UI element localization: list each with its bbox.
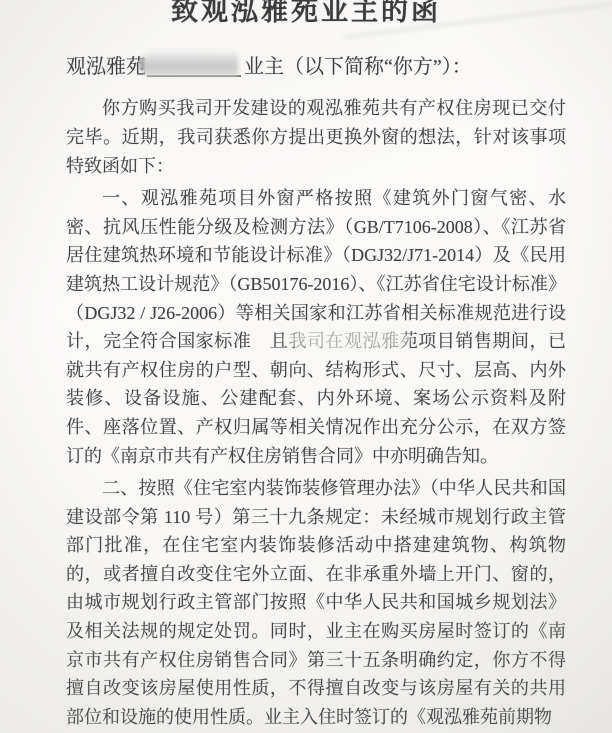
letter-body: 你方购买我司开发建设的观泓雅苑共有产权住房现已交付完毕。近期，我司获悉你方提出更… — [66, 94, 566, 731]
paragraph-section-two: 二、按照《住宅室内装饰装修管理办法》（中华人民共和国建设部令第 110 号）第三… — [66, 474, 566, 731]
paragraph-section-one: 一、观泓雅苑项目外窗严格按照《建筑外门窗气密、水密、抗风压性能分级及检测方法》（… — [66, 184, 566, 470]
salutation-prefix: 观泓雅苑 — [66, 56, 146, 78]
scanned-letter-page: 致观泓雅苑业主的函 观泓雅苑业主（以下简称“你方”）： 你方购买我司开发建设的观… — [0, 0, 612, 733]
redaction-blur-patch — [144, 52, 238, 76]
letter-title: 致观泓雅苑业主的函 — [0, 0, 612, 27]
salutation-suffix: 业主（以下简称“你方”）： — [244, 56, 472, 78]
paragraph-intro: 你方购买我司开发建设的观泓雅苑共有产权住房现已交付完毕。近期，我司获悉你方提出更… — [66, 94, 566, 180]
salutation-line: 观泓雅苑业主（以下简称“你方”）： — [66, 50, 566, 79]
redacted-unit-number — [147, 55, 241, 77]
